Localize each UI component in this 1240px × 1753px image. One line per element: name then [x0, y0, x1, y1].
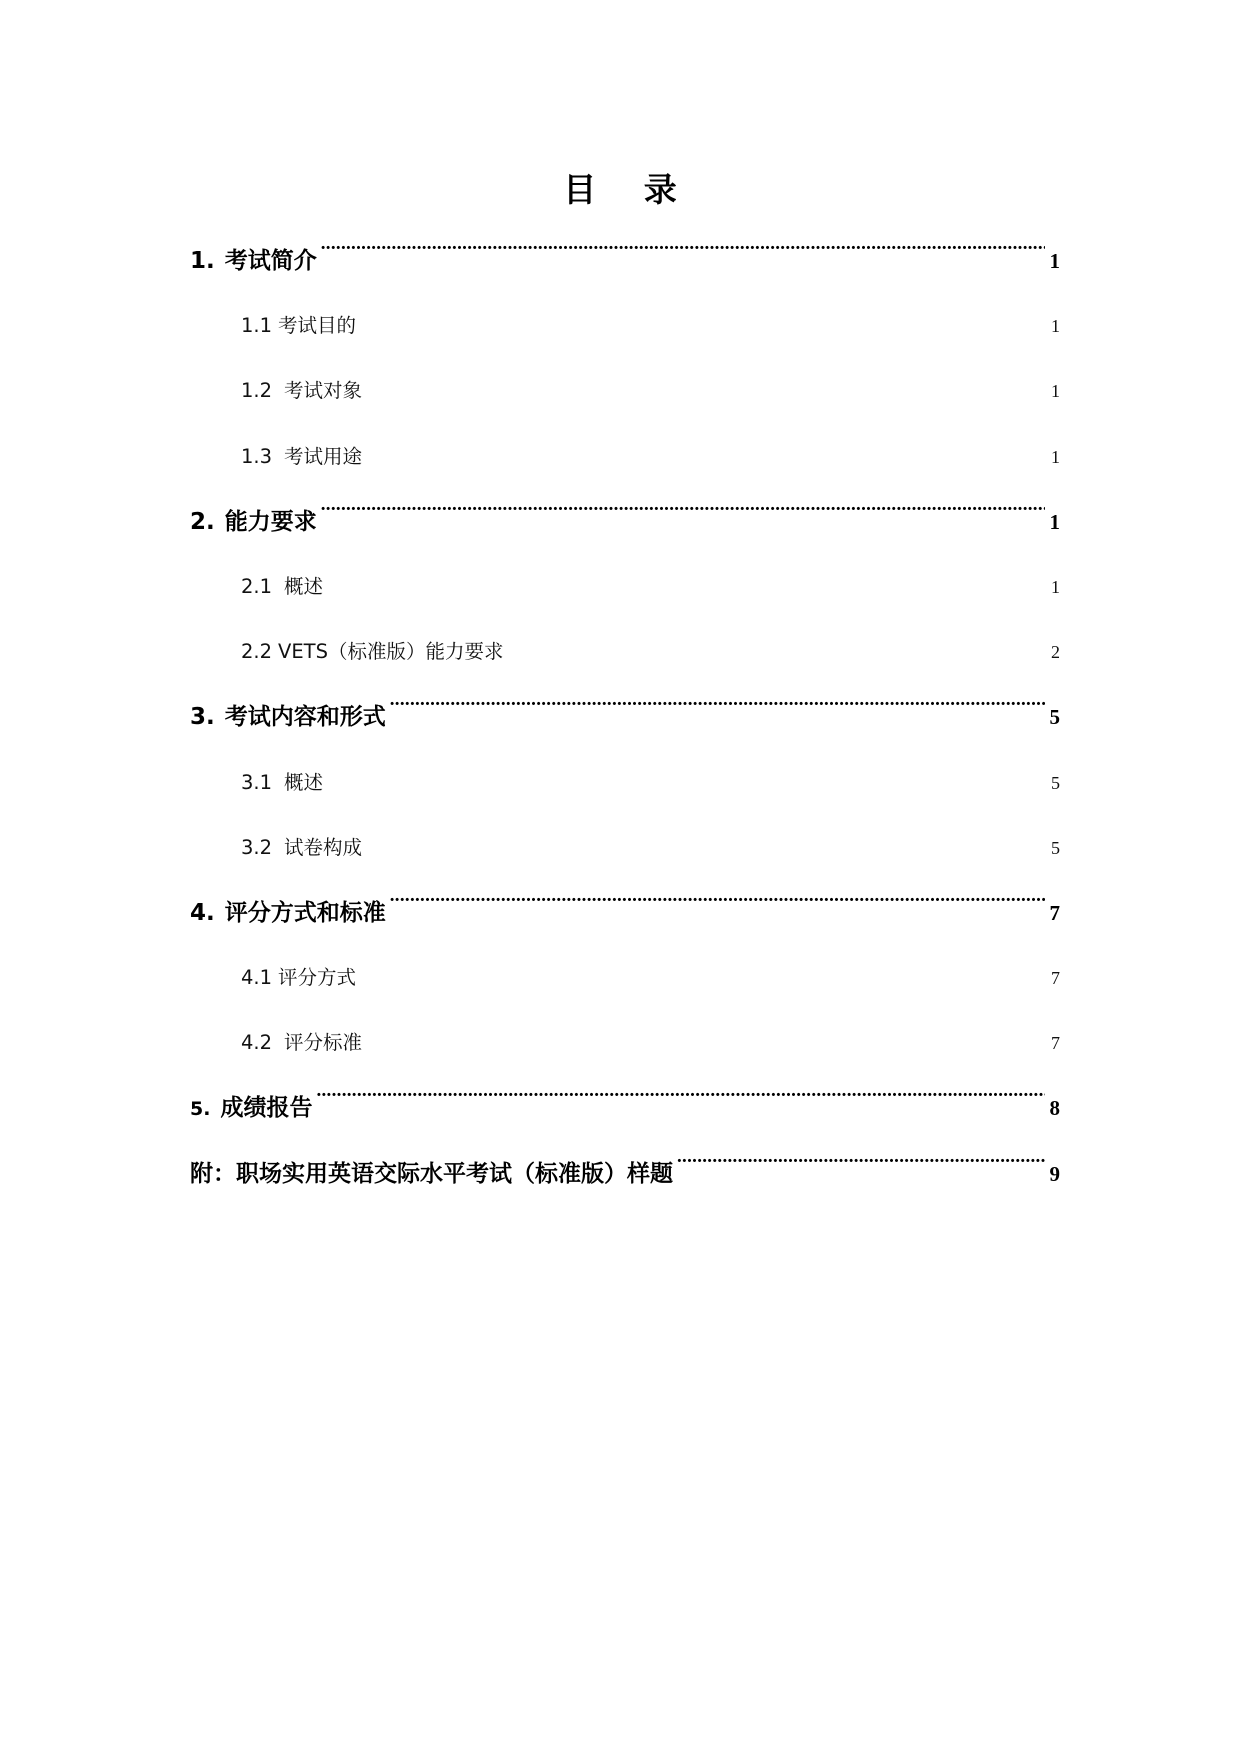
toc-title: 目 录 [0, 168, 1240, 212]
toc-entry-page: 1 [1048, 432, 1060, 482]
toc-entry-number: 2. [190, 497, 215, 547]
toc-entry-label: 考试内容和形式 [225, 692, 386, 742]
toc-entry-number: 5. [190, 1084, 210, 1134]
toc-entry-label: 概述 [284, 562, 323, 612]
dot-leader [327, 573, 1045, 593]
dot-leader [316, 1092, 1045, 1115]
document-page: 目 录 1. 考试简介 1 1.1 考试目的 1 1.2 考试对象 1 1.3 … [0, 0, 1240, 1753]
toc-entry-number: 2.1 [241, 562, 272, 612]
dot-leader [677, 1158, 1045, 1181]
toc-entry-3-2[interactable]: 3.2 试卷构成 5 [190, 823, 1060, 888]
toc-entry-page: 1 [1048, 301, 1060, 351]
toc-entry-label: 评分方式 [278, 953, 356, 1003]
toc-entry-label: 考试用途 [284, 432, 362, 482]
toc-entry-page: 2 [1048, 627, 1060, 677]
toc-entry-label: 概述 [284, 758, 323, 808]
toc-entry-page: 5 [1048, 692, 1060, 742]
toc-entry-page: 1 [1048, 562, 1060, 612]
toc-entry-page: 7 [1048, 888, 1060, 938]
toc-entry-label: 试卷构成 [284, 823, 362, 873]
toc-entry-page: 7 [1048, 953, 1060, 1003]
toc-entry-number: 3.2 [241, 823, 272, 873]
toc-entry-label: 考试目的 [278, 301, 356, 351]
dot-leader [366, 443, 1045, 463]
toc-entry-page: 5 [1048, 758, 1060, 808]
toc-entry-number: 1.3 [241, 432, 272, 482]
toc-entry-number: 1.2 [241, 366, 272, 416]
toc-entry-1-1[interactable]: 1.1 考试目的 1 [190, 301, 1060, 366]
toc-entry-page: 5 [1048, 823, 1060, 873]
toc-entry-5[interactable]: 5. 成绩报告 8 [190, 1083, 1060, 1148]
toc-entry-2[interactable]: 2. 能力要求 1 [190, 497, 1060, 562]
toc-entry-label: 评分方式和标准 [225, 888, 386, 938]
toc-entry-4-1[interactable]: 4.1 评分方式 7 [190, 953, 1060, 1018]
toc-entry-4[interactable]: 4. 评分方式和标准 7 [190, 888, 1060, 953]
toc-entry-2-2[interactable]: 2.2 VETS（标准版）能力要求 2 [190, 627, 1060, 692]
dot-leader [360, 313, 1045, 333]
toc-entry-number: 4. [190, 888, 215, 938]
dot-leader [321, 245, 1045, 268]
table-of-contents: 1. 考试简介 1 1.1 考试目的 1 1.2 考试对象 1 1.3 考试用途… [190, 236, 1060, 1214]
toc-entry-4-2[interactable]: 4.2 评分标准 7 [190, 1018, 1060, 1083]
toc-entry-label: VETS（标准版）能力要求 [278, 627, 503, 677]
toc-entry-number: 3. [190, 692, 215, 742]
toc-entry-number: 4.2 [241, 1018, 272, 1068]
toc-entry-3-1[interactable]: 3.1 概述 5 [190, 758, 1060, 823]
dot-leader [366, 1030, 1045, 1050]
dot-leader [390, 701, 1045, 724]
toc-entry-number: 4.1 [241, 953, 272, 1003]
toc-entry-1[interactable]: 1. 考试简介 1 [190, 236, 1060, 301]
toc-entry-label: 成绩报告 [220, 1083, 312, 1133]
toc-entry-page: 1 [1048, 497, 1060, 547]
toc-entry-label: 附：职场实用英语交际水平考试（标准版）样题 [190, 1149, 673, 1199]
dot-leader [366, 378, 1045, 398]
toc-entry-number: 1. [190, 236, 215, 286]
toc-entry-page: 8 [1048, 1083, 1060, 1133]
toc-entry-number: 3.1 [241, 758, 272, 808]
toc-entry-3[interactable]: 3. 考试内容和形式 5 [190, 692, 1060, 757]
toc-entry-number: 2.2 [241, 627, 272, 677]
toc-entry-label: 考试对象 [284, 366, 362, 416]
dot-leader [321, 506, 1045, 529]
toc-entry-appendix[interactable]: 附：职场实用英语交际水平考试（标准版）样题 9 [190, 1149, 1060, 1214]
dot-leader [327, 769, 1045, 789]
toc-entry-1-3[interactable]: 1.3 考试用途 1 [190, 432, 1060, 497]
toc-entry-label: 考试简介 [225, 236, 317, 286]
toc-entry-label: 能力要求 [225, 497, 317, 547]
toc-entry-page: 7 [1048, 1018, 1060, 1068]
toc-entry-1-2[interactable]: 1.2 考试对象 1 [190, 366, 1060, 431]
toc-entry-label: 评分标准 [284, 1018, 362, 1068]
toc-entry-page: 9 [1048, 1149, 1060, 1199]
toc-entry-2-1[interactable]: 2.1 概述 1 [190, 562, 1060, 627]
dot-leader [390, 897, 1045, 920]
toc-entry-number: 1.1 [241, 301, 272, 351]
dot-leader [366, 834, 1045, 854]
toc-entry-page: 1 [1048, 236, 1060, 286]
dot-leader [507, 639, 1045, 659]
toc-entry-page: 1 [1048, 366, 1060, 416]
dot-leader [360, 965, 1045, 985]
